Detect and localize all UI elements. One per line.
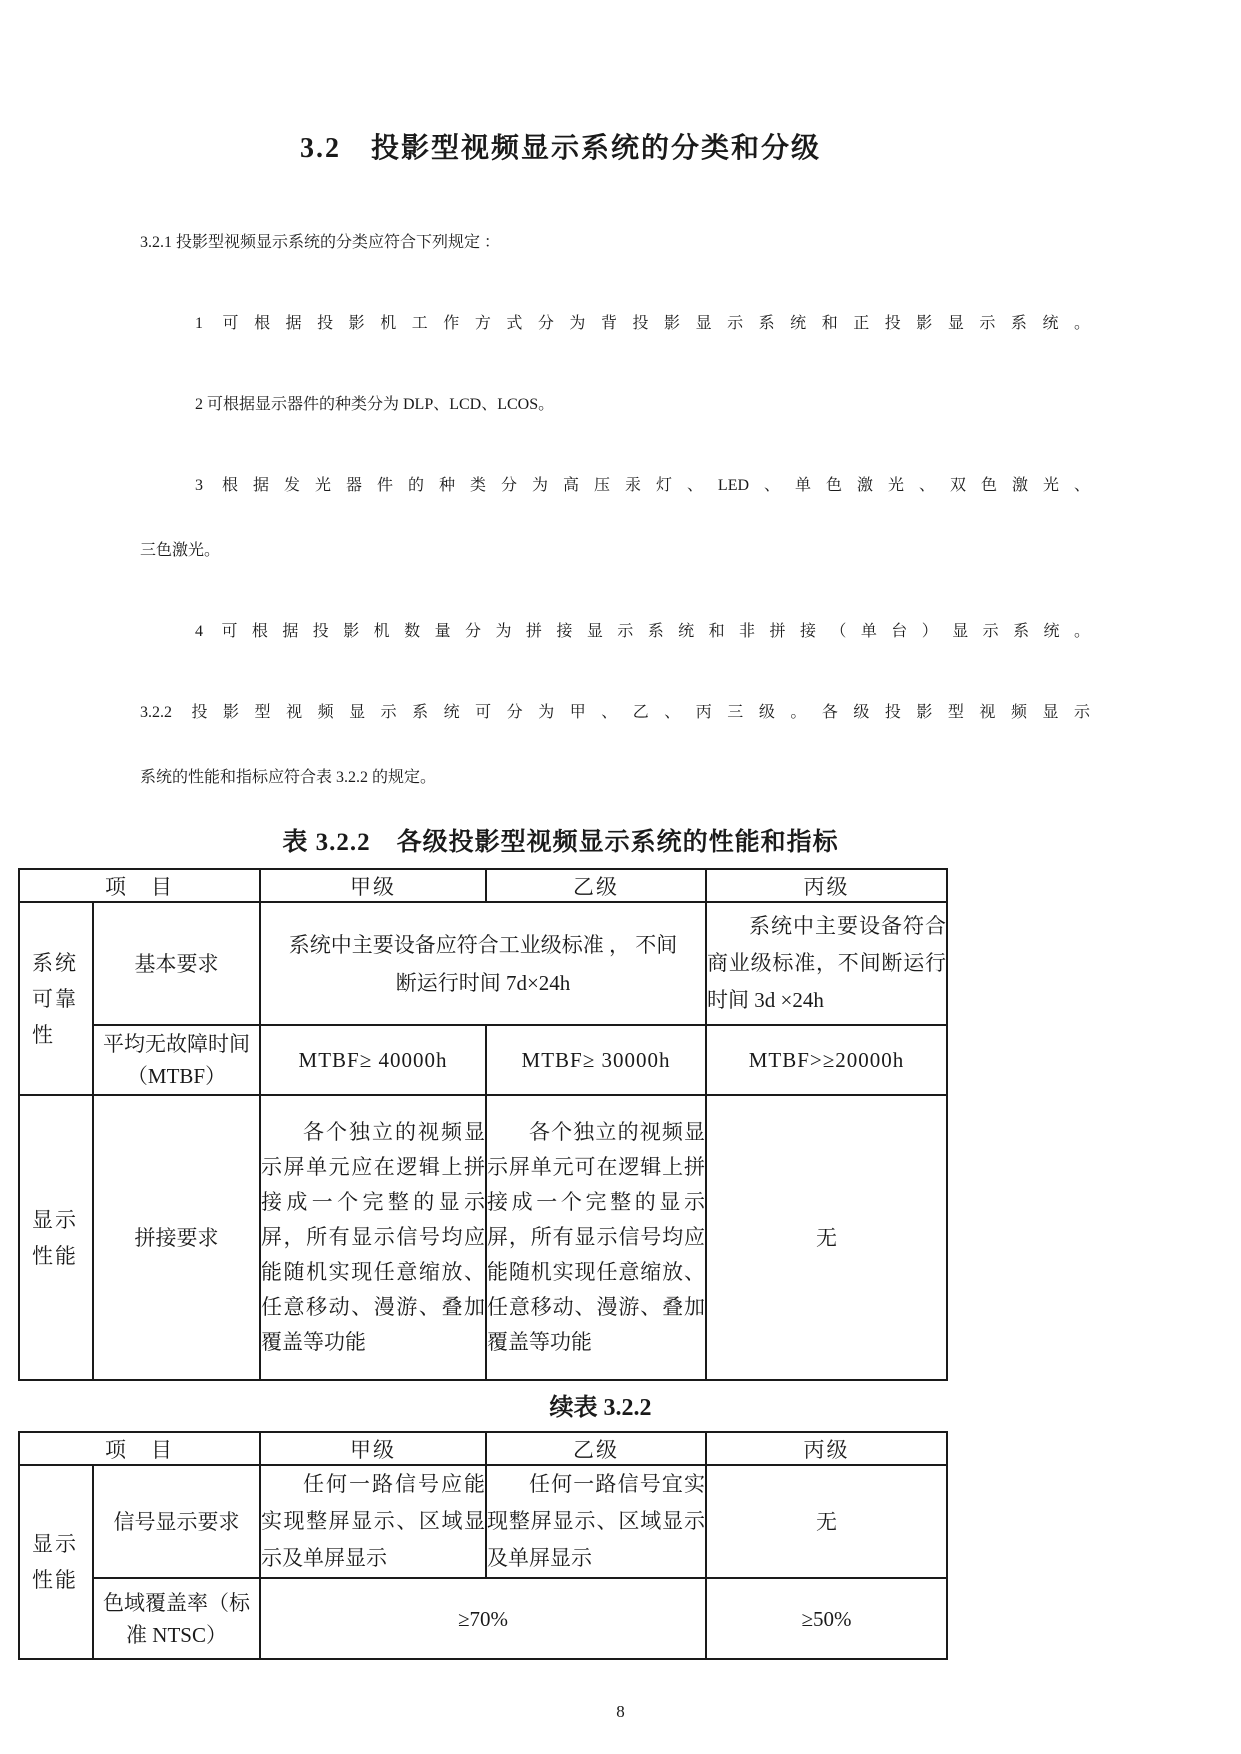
group-label-system-reliability: 系统可靠性: [32, 945, 80, 1053]
cell-splice-grade-c: 无: [706, 1095, 947, 1380]
table-3.2.2: 项 目 甲级 乙级 丙级 系统可靠性 基本要求 系统中主要设备应符合工业级标准 …: [18, 868, 948, 1381]
list-item-3-text-line2: 三色激光。: [140, 518, 1090, 583]
cell-signal-grade-a: 任何一路信号应能实现整屏显示、区域显示及单屏显示: [260, 1465, 486, 1578]
row-mtbf: 平均无故障时间（MTBF） MTBF≥ 40000h MTBF≥ 30000h …: [19, 1025, 947, 1095]
cell-splice-grade-b: 各个独立的视频显示屏单元可在逻辑上拼接成一个完整的显示屏，所有显示信号均应能随机…: [486, 1095, 706, 1380]
header-cell-grade-b: 乙级: [486, 869, 706, 902]
body-text: 3.2.1 投影型视频显示系统的分类应符合下列规定 ： 1 可根据投影机工作方式…: [140, 210, 1090, 810]
row-color-gamut: 色域覆盖率（标准 NTSC） ≥70% ≥50%: [19, 1578, 947, 1659]
clause-3.2.2-text-line2: 系统的性能和指标应符合表 3.2.2 的规定。: [140, 745, 1090, 810]
cont-table-header-row: 项 目 甲级 乙级 丙级: [19, 1432, 947, 1465]
header-cell-grade-c: 丙级: [706, 869, 947, 902]
section-title: 3.2 投影型视频显示系统的分类和分级: [0, 0, 1241, 170]
cont-header-cell-grade-c: 丙级: [706, 1432, 947, 1465]
cell-basic-grade-ab: 系统中主要设备应符合工业级标准 ， 不间断运行时间 7d×24h: [260, 902, 706, 1025]
cont-header-cell-item: 项 目: [19, 1432, 260, 1465]
document-page: 3.2 投影型视频显示系统的分类和分级 3.2.1 投影型视频显示系统的分类应符…: [0, 0, 1241, 1754]
table-3.2.2-continued-caption: 续表 3.2.2: [0, 1393, 1241, 1423]
table-3.2.2-caption: 表 3.2.2 各级投影型视频显示系统的性能和指标: [0, 826, 1241, 860]
cell-signal-grade-b: 任何一路信号宜实现整屏显示、区域显示及单屏显示: [486, 1465, 706, 1578]
cont-group-cell-display-performance: 显示性能: [19, 1465, 93, 1659]
cell-mtbf-grade-a: MTBF≥ 40000h: [260, 1025, 486, 1095]
item-cell-signal-display: 信号显示要求: [93, 1465, 260, 1578]
group-label-display-performance: 显示性能: [32, 1202, 80, 1274]
row-basic-requirement: 系统可靠性 基本要求 系统中主要设备应符合工业级标准 ， 不间断运行时间 7d×…: [19, 902, 947, 1025]
table-header-row: 项 目 甲级 乙级 丙级: [19, 869, 947, 902]
cell-basic-grade-c: 系统中主要设备符合商业级标准，不间断运行时间 3d ×24h: [706, 902, 947, 1025]
clause-3.2.2-text-line1: 3.2.2 投影型视频显示系统可分为甲、乙、丙三级。各级投影型视频显示: [140, 680, 1090, 745]
group-cell-system-reliability: 系统可靠性: [19, 902, 93, 1095]
cell-mtbf-grade-b: MTBF≥ 30000h: [486, 1025, 706, 1095]
page-number: 8: [0, 1702, 1241, 1722]
cont-header-cell-grade-b: 乙级: [486, 1432, 706, 1465]
row-signal-display-requirement: 显示性能 信号显示要求 任何一路信号应能实现整屏显示、区域显示及单屏显示 任何一…: [19, 1465, 947, 1578]
clause-3.2.1-text: 3.2.1 投影型视频显示系统的分类应符合下列规定 ：: [140, 210, 1090, 275]
cont-header-cell-grade-a: 甲级: [260, 1432, 486, 1465]
item-cell-basic-requirement: 基本要求: [93, 902, 260, 1025]
cont-group-label-display-performance: 显示性能: [32, 1526, 80, 1598]
group-cell-display-performance: 显示性能: [19, 1095, 93, 1380]
list-item-2-text: 2 可根据显示器件的种类分为 DLP、LCD、LCOS。: [140, 372, 1090, 437]
cell-gamut-grade-ab: ≥70%: [260, 1578, 706, 1659]
list-item-3-text-line1: 3 根据发光器件的种类分为高压汞灯、LED、单色激光、双色激光、: [140, 453, 1090, 518]
item-cell-splice-requirement: 拼接要求: [93, 1095, 260, 1380]
item-cell-color-gamut: 色域覆盖率（标准 NTSC）: [93, 1578, 260, 1659]
cell-splice-grade-a: 各个独立的视频显示屏单元应在逻辑上拼接成一个完整的显示屏，所有显示信号均应能随机…: [260, 1095, 486, 1380]
cell-signal-grade-c: 无: [706, 1465, 947, 1578]
item-cell-mtbf: 平均无故障时间（MTBF）: [93, 1025, 260, 1095]
header-cell-item: 项 目: [19, 869, 260, 902]
cell-gamut-grade-c: ≥50%: [706, 1578, 947, 1659]
row-splice-requirement: 显示性能 拼接要求 各个独立的视频显示屏单元应在逻辑上拼接成一个完整的显示屏，所…: [19, 1095, 947, 1380]
header-cell-grade-a: 甲级: [260, 869, 486, 902]
table-3.2.2-continued: 项 目 甲级 乙级 丙级 显示性能 信号显示要求 任何一路信号应能实现整屏显示、…: [18, 1431, 948, 1660]
cell-mtbf-grade-c: MTBF>≥20000h: [706, 1025, 947, 1095]
list-item-1-text: 1 可根据投影机工作方式分为背投影显示系统和正投影显示系统。: [140, 291, 1090, 356]
list-item-4-text: 4 可根据投影机数量分为拼接显示系统和非拼接（单台）显示系统。: [140, 599, 1090, 664]
